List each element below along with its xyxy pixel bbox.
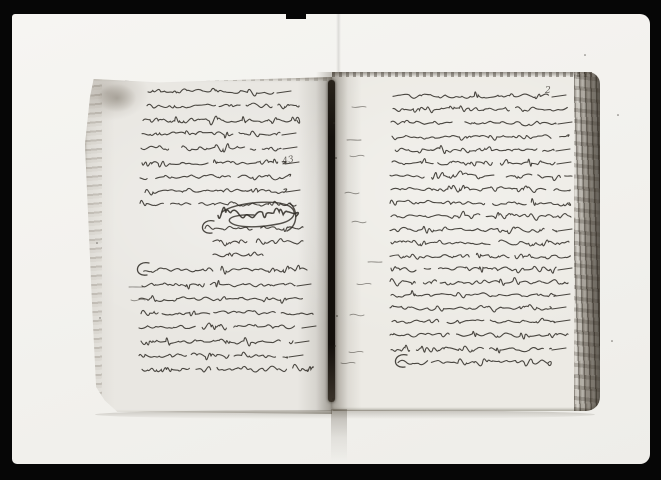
book-bottom-shadow	[95, 410, 595, 419]
photo-background: 2 43	[0, 0, 661, 480]
backing-crease	[336, 14, 341, 74]
left-page-torn-edge	[85, 77, 102, 414]
right-page	[332, 72, 600, 411]
left-page	[85, 77, 332, 414]
manuscript-spread	[85, 72, 600, 414]
left-page-top-edge	[125, 77, 332, 81]
top-edge-notch	[286, 13, 306, 19]
gutter	[328, 80, 335, 402]
right-page-top-edge	[332, 72, 592, 77]
left-page-corner-stain	[91, 79, 143, 117]
fore-edge	[574, 72, 600, 411]
